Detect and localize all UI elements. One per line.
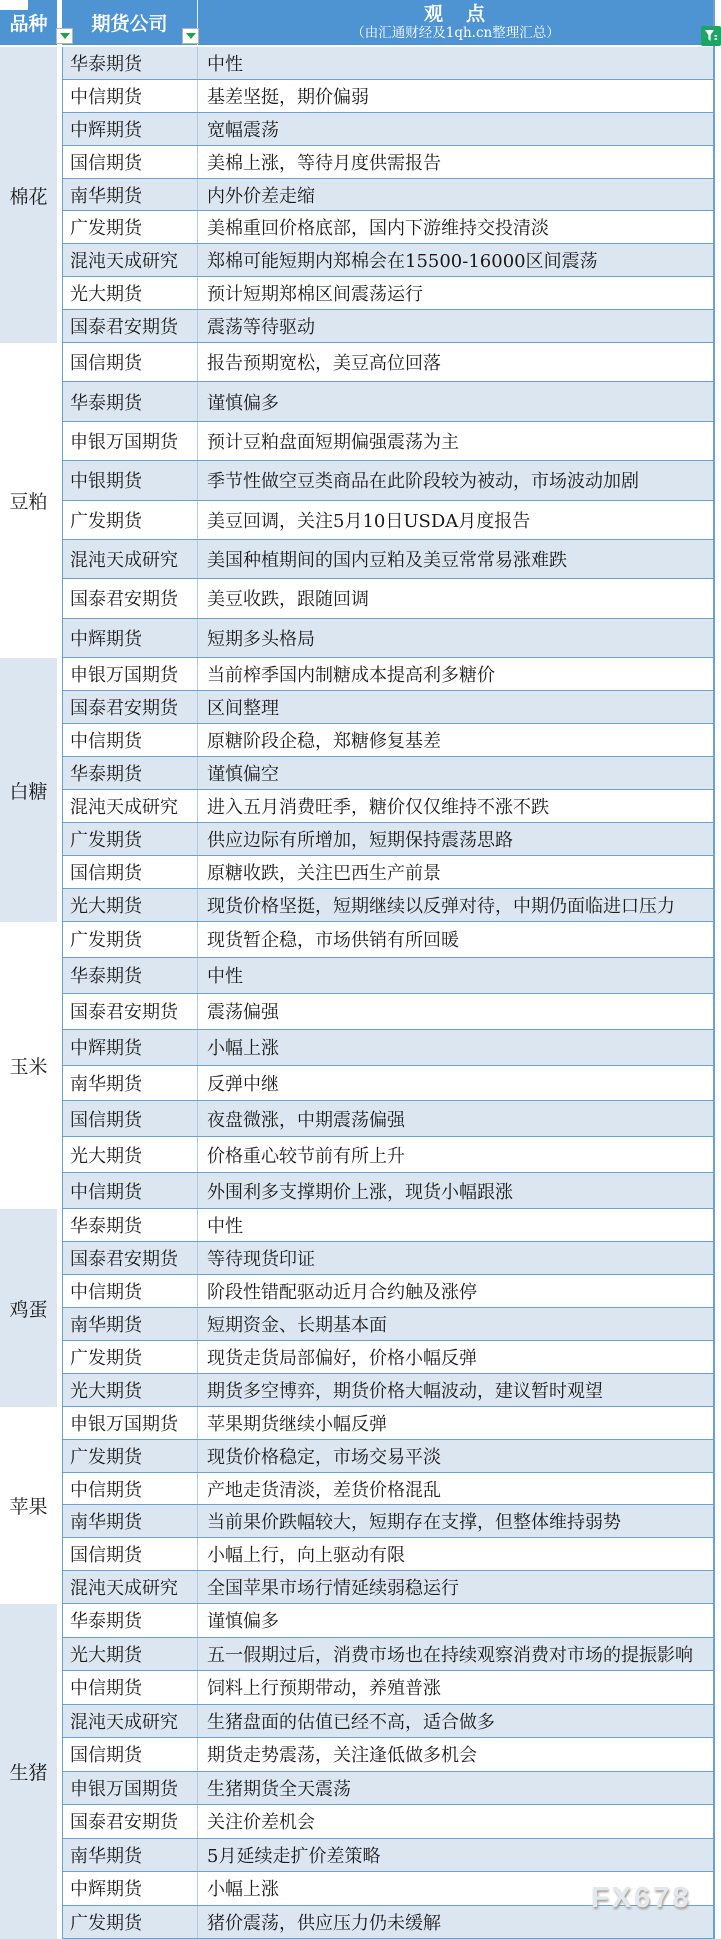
company-cell: 混沌天成研究 xyxy=(63,1571,198,1603)
viewpoint-cell: 宽幅震荡 xyxy=(198,113,713,145)
header-viewpoint-title: 观 点 xyxy=(424,4,487,26)
viewpoint-cell: 供应边际有所增加，短期保持震荡思路 xyxy=(198,823,713,855)
table-row: 中辉期货短期多头格局 xyxy=(63,619,713,658)
table-row: 光大期货价格重心较节前有所上升 xyxy=(63,1137,713,1173)
company-cell: 华泰期货 xyxy=(63,1604,198,1637)
table-row: 华泰期货中性 xyxy=(63,47,713,80)
company-cell: 南华期货 xyxy=(63,179,198,211)
viewpoint-cell: 美豆回调，关注5月10日USDA月度报告 xyxy=(198,501,713,539)
header-company-label: 期货公司 xyxy=(91,9,167,36)
company-cell: 申银万国期货 xyxy=(63,658,198,690)
company-cell: 中信期货 xyxy=(63,1173,198,1208)
viewpoint-cell: 小幅上涨 xyxy=(198,1030,713,1065)
company-cell: 南华期货 xyxy=(63,1505,198,1537)
company-cell: 国泰君安期货 xyxy=(63,1805,198,1838)
category-cell: 苹果 xyxy=(0,1407,62,1604)
company-cell: 混沌天成研究 xyxy=(63,790,198,822)
viewpoint-cell: 中性 xyxy=(198,958,713,993)
category-cell: 玉米 xyxy=(0,922,62,1209)
viewpoint-cell: 美豆收跌，跟随回调 xyxy=(198,579,713,617)
filter-funnel-icon xyxy=(704,29,718,43)
table-row: 中信期货原糖阶段企稳，郑糖修复基差 xyxy=(63,724,713,757)
company-cell: 国泰君安期货 xyxy=(63,579,198,617)
viewpoint-cell: 阶段性错配驱动近月合约触及涨停 xyxy=(198,1275,713,1307)
table-row: 国泰君安期货区间整理 xyxy=(63,691,713,724)
table-row: 申银万国期货生猪期货全天震荡 xyxy=(63,1772,713,1806)
commodity-group: 棉花华泰期货中性中信期货基差坚挺，期价偏弱中辉期货宽幅震荡国信期货美棉上涨，等待… xyxy=(0,47,713,343)
header-viewpoint: 观 点 （由汇通财经及1qh.cn整理汇总） xyxy=(198,0,713,45)
company-cell: 光大期货 xyxy=(63,1137,198,1172)
viewpoint-cell: 基差坚挺，期价偏弱 xyxy=(198,80,713,112)
viewpoint-cell: 内外价差走缩 xyxy=(198,179,713,211)
viewpoint-cell: 全国苹果市场行情延续弱稳运行 xyxy=(198,1571,713,1603)
opinions-table: 品种 期货公司 观 点 （由汇通财经及1qh.cn整理汇总） xyxy=(0,0,715,1939)
viewpoint-cell: 区间整理 xyxy=(198,691,713,723)
group-rows: 国信期货报告预期宽松，美豆高位回落华泰期货谨慎偏多申银万国期货预计豆粕盘面短期偏… xyxy=(62,343,713,658)
chevron-down-icon xyxy=(186,33,196,39)
viewpoint-cell: 关注价差机会 xyxy=(198,1805,713,1838)
company-cell: 申银万国期货 xyxy=(63,422,198,460)
group-rows: 广发期货现货暂企稳，市场供销有所回暖华泰期货中性国泰君安期货震荡偏强中辉期货小幅… xyxy=(62,922,713,1209)
company-cell: 光大期货 xyxy=(63,1638,198,1671)
company-cell: 中辉期货 xyxy=(63,1030,198,1065)
viewpoint-cell: 现货价格稳定，市场交易平淡 xyxy=(198,1440,713,1472)
header-company: 期货公司 xyxy=(62,0,198,45)
table-row: 混沌天成研究郑棉可能短期内郑棉会在15500-16000区间震荡 xyxy=(63,244,713,277)
table-row: 国信期货夜盘微涨，中期震荡偏强 xyxy=(63,1101,713,1137)
company-cell: 光大期货 xyxy=(63,1374,198,1406)
table-row: 国泰君安期货关注价差机会 xyxy=(63,1805,713,1839)
company-cell: 国信期货 xyxy=(63,1738,198,1771)
viewpoint-cell: 现货价格坚挺，短期继续以反弹对待，中期仍面临进口压力 xyxy=(198,889,713,921)
company-cell: 广发期货 xyxy=(63,211,198,243)
company-cell: 混沌天成研究 xyxy=(63,540,198,578)
company-cell: 国泰君安期货 xyxy=(63,994,198,1029)
viewpoint-cell: 当前果价跌幅较大，短期存在支撑，但整体维持弱势 xyxy=(198,1505,713,1537)
table-row: 国信期货美棉上涨，等待月度供需报告 xyxy=(63,146,713,179)
corner-notch xyxy=(0,0,28,10)
table-row: 中银期货季节性做空豆类商品在此阶段较为被动，市场波动加剧 xyxy=(63,461,713,500)
company-cell: 广发期货 xyxy=(63,922,198,957)
table-row: 中信期货外围利多支撑期价上涨，现货小幅跟涨 xyxy=(63,1173,713,1209)
table-row: 广发期货美豆回调，关注5月10日USDA月度报告 xyxy=(63,501,713,540)
company-cell: 混沌天成研究 xyxy=(63,1705,198,1738)
commodity-group: 豆粕国信期货报告预期宽松，美豆高位回落华泰期货谨慎偏多申银万国期货预计豆粕盘面短… xyxy=(0,343,713,658)
viewpoint-cell: 中性 xyxy=(198,1209,713,1241)
company-cell: 国信期货 xyxy=(63,1538,198,1570)
commodity-group: 玉米广发期货现货暂企稳，市场供销有所回暖华泰期货中性国泰君安期货震荡偏强中辉期货… xyxy=(0,922,713,1209)
company-cell: 中辉期货 xyxy=(63,619,198,657)
viewpoint-cell: 谨慎偏空 xyxy=(198,757,713,789)
table-row: 中信期货饲料上行预期带动，养殖普涨 xyxy=(63,1671,713,1705)
commodity-group: 苹果申银万国期货苹果期货继续小幅反弹广发期货现货价格稳定，市场交易平淡中信期货产… xyxy=(0,1407,713,1604)
viewpoint-cell: 5月延续走扩价差策略 xyxy=(198,1839,713,1872)
table-row: 华泰期货谨慎偏多 xyxy=(63,382,713,421)
table-row: 混沌天成研究生猪盘面的估值已经不高，适合做多 xyxy=(63,1705,713,1739)
spreadsheet-screenshot: 品种 期货公司 观 点 （由汇通财经及1qh.cn整理汇总） xyxy=(0,0,721,1939)
company-cell: 国泰君安期货 xyxy=(63,310,198,342)
viewpoint-cell: 生猪期货全天震荡 xyxy=(198,1772,713,1805)
header-viewpoint-subtitle: （由汇通财经及1qh.cn整理汇总） xyxy=(351,26,559,42)
table-row: 国泰君安期货震荡偏强 xyxy=(63,994,713,1030)
company-cell: 申银万国期货 xyxy=(63,1407,198,1439)
table-row: 中辉期货小幅上涨 xyxy=(63,1030,713,1066)
company-cell: 中信期货 xyxy=(63,80,198,112)
company-cell: 广发期货 xyxy=(63,501,198,539)
table-row: 国泰君安期货震荡等待驱动 xyxy=(63,310,713,343)
table-row: 南华期货内外价差走缩 xyxy=(63,179,713,212)
group-rows: 申银万国期货当前榨季国内制糖成本提高利多糖价国泰君安期货区间整理中信期货原糖阶段… xyxy=(62,658,713,922)
group-rows: 申银万国期货苹果期货继续小幅反弹广发期货现货价格稳定，市场交易平淡中信期货产地走… xyxy=(62,1407,713,1604)
table-header: 品种 期货公司 观 点 （由汇通财经及1qh.cn整理汇总） xyxy=(0,0,713,47)
category-cell: 鸡蛋 xyxy=(0,1209,62,1407)
table-row: 混沌天成研究全国苹果市场行情延续弱稳运行 xyxy=(63,1571,713,1604)
viewpoint-cell: 报告预期宽松，美豆高位回落 xyxy=(198,343,713,381)
viewpoint-cell: 反弹中继 xyxy=(198,1066,713,1101)
table-row: 南华期货短期资金、长期基本面 xyxy=(63,1308,713,1341)
viewpoint-cell: 当前榨季国内制糖成本提高利多糖价 xyxy=(198,658,713,690)
category-cell: 生猪 xyxy=(0,1604,62,1939)
viewpoint-cell: 夜盘微涨，中期震荡偏强 xyxy=(198,1101,713,1136)
table-row: 南华期货5月延续走扩价差策略 xyxy=(63,1839,713,1873)
table-body: 棉花华泰期货中性中信期货基差坚挺，期价偏弱中辉期货宽幅震荡国信期货美棉上涨，等待… xyxy=(0,47,713,1939)
viewpoint-cell: 美棉重回价格底部，国内下游维持交投清淡 xyxy=(198,211,713,243)
company-cell: 广发期货 xyxy=(63,823,198,855)
company-cell: 广发期货 xyxy=(63,1906,198,1939)
table-row: 申银万国期货当前榨季国内制糖成本提高利多糖价 xyxy=(63,658,713,691)
company-cell: 中银期货 xyxy=(63,461,198,499)
table-row: 国信期货原糖收跌，关注巴西生产前景 xyxy=(63,856,713,889)
company-cell: 华泰期货 xyxy=(63,1209,198,1241)
category-cell: 棉花 xyxy=(0,47,62,343)
viewpoint-cell: 预计豆粕盘面短期偏强震荡为主 xyxy=(198,422,713,460)
table-row: 南华期货反弹中继 xyxy=(63,1066,713,1102)
viewpoint-cell: 苹果期货继续小幅反弹 xyxy=(198,1407,713,1439)
company-cell: 华泰期货 xyxy=(63,958,198,993)
viewpoint-cell: 现货走货局部偏好，价格小幅反弹 xyxy=(198,1341,713,1373)
viewpoint-cell: 郑棉可能短期内郑棉会在15500-16000区间震荡 xyxy=(198,244,713,276)
company-cell: 南华期货 xyxy=(63,1066,198,1101)
chevron-down-icon xyxy=(60,33,70,39)
company-cell: 国泰君安期货 xyxy=(63,691,198,723)
table-row: 广发期货美棉重回价格底部，国内下游维持交投清淡 xyxy=(63,211,713,244)
table-row: 华泰期货中性 xyxy=(63,958,713,994)
table-row: 中辉期货宽幅震荡 xyxy=(63,113,713,146)
company-cell: 光大期货 xyxy=(63,889,198,921)
table-row: 华泰期货中性 xyxy=(63,1209,713,1242)
group-rows: 华泰期货中性国泰君安期货等待现货印证中信期货阶段性错配驱动近月合约触及涨停南华期… xyxy=(62,1209,713,1407)
company-cell: 国信期货 xyxy=(63,343,198,381)
company-cell: 华泰期货 xyxy=(63,47,198,79)
viewpoint-cell: 季节性做空豆类商品在此阶段较为被动，市场波动加剧 xyxy=(198,461,713,499)
viewpoint-cell: 短期资金、长期基本面 xyxy=(198,1308,713,1340)
category-cell: 白糖 xyxy=(0,658,62,922)
variety-filter-button[interactable] xyxy=(56,28,73,44)
company-filter-button[interactable] xyxy=(182,28,199,44)
table-row: 混沌天成研究美国种植期间的国内豆粕及美豆常常易涨难跌 xyxy=(63,540,713,579)
company-cell: 中辉期货 xyxy=(63,1872,198,1905)
table-row: 国信期货小幅上行，向上驱动有限 xyxy=(63,1538,713,1571)
commodity-group: 鸡蛋华泰期货中性国泰君安期货等待现货印证中信期货阶段性错配驱动近月合约触及涨停南… xyxy=(0,1209,713,1407)
table-row: 申银万国期货苹果期货继续小幅反弹 xyxy=(63,1407,713,1440)
viewpoint-cell: 震荡等待驱动 xyxy=(198,310,713,342)
viewpoint-cell: 中性 xyxy=(198,47,713,79)
table-row: 华泰期货谨慎偏多 xyxy=(63,1604,713,1638)
company-cell: 华泰期货 xyxy=(63,757,198,789)
category-cell: 豆粕 xyxy=(0,343,62,658)
table-row: 申银万国期货预计豆粕盘面短期偏强震荡为主 xyxy=(63,422,713,461)
table-row: 国泰君安期货等待现货印证 xyxy=(63,1242,713,1275)
table-row: 混沌天成研究进入五月消费旺季，糖价仅仅维持不涨不跌 xyxy=(63,790,713,823)
company-cell: 混沌天成研究 xyxy=(63,244,198,276)
viewpoint-cell: 美国种植期间的国内豆粕及美豆常常易涨难跌 xyxy=(198,540,713,578)
viewpoint-cell: 短期多头格局 xyxy=(198,619,713,657)
company-cell: 华泰期货 xyxy=(63,382,198,420)
table-row: 光大期货期货多空博弈，期货价格大幅波动，建议暂时观望 xyxy=(63,1374,713,1407)
table-row: 光大期货预计短期郑棉区间震荡运行 xyxy=(63,277,713,310)
viewpoint-cell: 产地走货清淡，差货价格混乱 xyxy=(198,1473,713,1505)
viewpoint-cell: 外围利多支撑期价上涨，现货小幅跟涨 xyxy=(198,1173,713,1208)
viewpoint-cell: 美棉上涨，等待月度供需报告 xyxy=(198,146,713,178)
company-cell: 国信期货 xyxy=(63,856,198,888)
filter-tool-button[interactable] xyxy=(701,26,721,46)
viewpoint-cell: 预计短期郑棉区间震荡运行 xyxy=(198,277,713,309)
table-row: 中信期货阶段性错配驱动近月合约触及涨停 xyxy=(63,1275,713,1308)
viewpoint-cell: 原糖阶段企稳，郑糖修复基差 xyxy=(198,724,713,756)
table-row: 国信期货期货走势震荡，关注逢低做多机会 xyxy=(63,1738,713,1772)
viewpoint-cell: 震荡偏强 xyxy=(198,994,713,1029)
viewpoint-cell: 现货暂企稳，市场供销有所回暖 xyxy=(198,922,713,957)
viewpoint-cell: 期货走势震荡，关注逢低做多机会 xyxy=(198,1738,713,1771)
table-row: 南华期货当前果价跌幅较大，短期存在支撑，但整体维持弱势 xyxy=(63,1505,713,1538)
table-row: 国信期货报告预期宽松，美豆高位回落 xyxy=(63,343,713,382)
company-cell: 国信期货 xyxy=(63,146,198,178)
table-row: 广发期货供应边际有所增加，短期保持震荡思路 xyxy=(63,823,713,856)
table-row: 华泰期货谨慎偏空 xyxy=(63,757,713,790)
viewpoint-cell: 价格重心较节前有所上升 xyxy=(198,1137,713,1172)
viewpoint-cell: 生猪盘面的估值已经不高，适合做多 xyxy=(198,1705,713,1738)
viewpoint-cell: 五一假期过后，消费市场也在持续观察消费对市场的提振影响 xyxy=(198,1638,713,1671)
viewpoint-cell: 饲料上行预期带动，养殖普涨 xyxy=(198,1671,713,1704)
company-cell: 光大期货 xyxy=(63,277,198,309)
company-cell: 广发期货 xyxy=(63,1440,198,1472)
table-row: 广发期货现货暂企稳，市场供销有所回暖 xyxy=(63,922,713,958)
commodity-group: 白糖申银万国期货当前榨季国内制糖成本提高利多糖价国泰君安期货区间整理中信期货原糖… xyxy=(0,658,713,922)
table-row: 中信期货基差坚挺，期价偏弱 xyxy=(63,80,713,113)
watermark: FX678 xyxy=(591,1882,691,1915)
company-cell: 中信期货 xyxy=(63,1473,198,1505)
company-cell: 国信期货 xyxy=(63,1101,198,1136)
company-cell: 广发期货 xyxy=(63,1341,198,1373)
company-cell: 南华期货 xyxy=(63,1308,198,1340)
viewpoint-cell: 期货多空博弈，期货价格大幅波动，建议暂时观望 xyxy=(198,1374,713,1406)
viewpoint-cell: 谨慎偏多 xyxy=(198,1604,713,1637)
viewpoint-cell: 进入五月消费旺季，糖价仅仅维持不涨不跌 xyxy=(198,790,713,822)
company-cell: 中信期货 xyxy=(63,1275,198,1307)
table-row: 国泰君安期货美豆收跌，跟随回调 xyxy=(63,579,713,618)
viewpoint-cell: 谨慎偏多 xyxy=(198,382,713,420)
company-cell: 中信期货 xyxy=(63,724,198,756)
header-variety-label: 品种 xyxy=(9,9,47,36)
table-row: 广发期货现货价格稳定，市场交易平淡 xyxy=(63,1440,713,1473)
viewpoint-cell: 原糖收跌，关注巴西生产前景 xyxy=(198,856,713,888)
table-row: 中信期货产地走货清淡，差货价格混乱 xyxy=(63,1473,713,1506)
company-cell: 国泰君安期货 xyxy=(63,1242,198,1274)
table-row: 光大期货五一假期过后，消费市场也在持续观察消费对市场的提振影响 xyxy=(63,1638,713,1672)
viewpoint-cell: 等待现货印证 xyxy=(198,1242,713,1274)
table-row: 光大期货现货价格坚挺，短期继续以反弹对待，中期仍面临进口压力 xyxy=(63,889,713,922)
company-cell: 中辉期货 xyxy=(63,113,198,145)
company-cell: 中信期货 xyxy=(63,1671,198,1704)
company-cell: 申银万国期货 xyxy=(63,1772,198,1805)
table-row: 广发期货现货走货局部偏好，价格小幅反弹 xyxy=(63,1341,713,1374)
viewpoint-cell: 小幅上行，向上驱动有限 xyxy=(198,1538,713,1570)
group-rows: 华泰期货中性中信期货基差坚挺，期价偏弱中辉期货宽幅震荡国信期货美棉上涨，等待月度… xyxy=(62,47,713,343)
company-cell: 南华期货 xyxy=(63,1839,198,1872)
